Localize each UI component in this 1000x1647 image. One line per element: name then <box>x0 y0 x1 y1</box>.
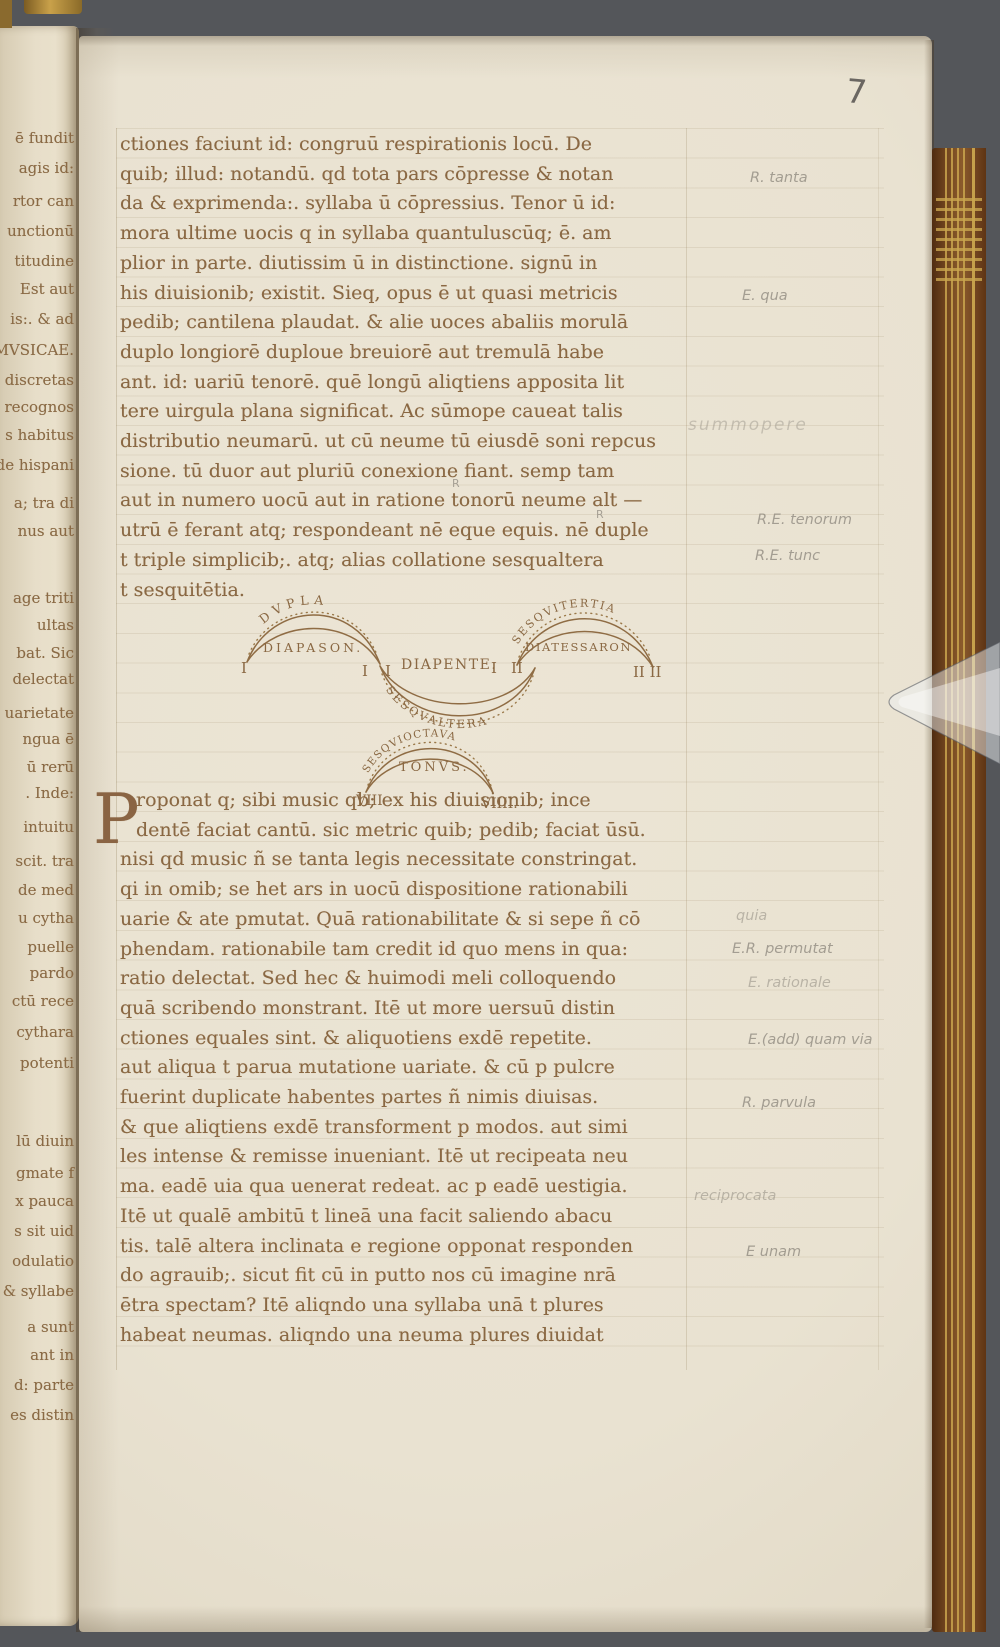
facing-fragment: de med <box>18 881 74 899</box>
facing-fragment: s sit uid <box>14 1222 74 1240</box>
text-line: quā scribendo monstrant. Itē ut more uer… <box>120 994 700 1024</box>
facing-fragment: nus aut <box>18 522 74 540</box>
interval-name-diapason: DIAPASON. <box>263 640 363 655</box>
manuscript-photo: ē fundit agis id: rtor can unctionū titu… <box>0 0 1000 1647</box>
facing-fragment: d: parte <box>14 1376 74 1394</box>
facing-fragment: pardo <box>30 964 74 982</box>
pencil-note: E unam <box>746 1244 801 1260</box>
ratio-number: I <box>385 662 391 680</box>
gilt-spine <box>0 0 12 28</box>
pencil-note: E.(add) quam via <box>748 1032 873 1048</box>
facing-fragment: uarietate <box>5 704 74 722</box>
pencil-note: R.E. tenorum <box>757 512 852 528</box>
pencil-note: R. parvula <box>742 1095 816 1111</box>
gold-fillet <box>957 148 959 1632</box>
facing-fragment: ē fundit <box>15 129 74 147</box>
facing-fragment: ū rerū <box>27 758 74 776</box>
facing-fragment: intuitu <box>23 818 74 836</box>
interval-name-diapente: DIAPENTE. <box>401 657 497 673</box>
text-line: phendam. rationabile tam credit id quo m… <box>120 935 700 965</box>
facing-fragment: potenti <box>20 1054 74 1072</box>
facing-fragment: Est aut <box>20 280 74 298</box>
ruling-vertical-left <box>116 128 117 1370</box>
ratio-number: II II <box>633 663 662 681</box>
pencil-note: E.R. permutat <box>732 941 833 957</box>
text-line: aut in numero uocū aut in ratione tonorū… <box>120 486 700 516</box>
facing-fragment: delectat <box>12 670 74 688</box>
text-line: Itē ut qualē ambitū t lineā una facit sa… <box>120 1202 700 1232</box>
facing-fragment: age triti <box>13 589 74 607</box>
facing-fragment: titudine <box>15 252 74 270</box>
text-line: da & exprimenda:. syllaba ū cōpressius. … <box>120 189 700 219</box>
text-line: les intense & remisse inueniant. Itē ut … <box>120 1142 700 1172</box>
pencil-superscript: R <box>596 508 604 521</box>
text-line: tere uirgula plana significat. Ac sūmope… <box>120 397 700 427</box>
facing-fragment: de hispani <box>0 456 74 474</box>
gold-fillet <box>945 148 947 1632</box>
pencil-superscript: R <box>452 477 460 490</box>
text-line: do agrauib;. sicut fit cū in putto nos c… <box>120 1261 700 1291</box>
text-line: fuerint duplicate habentes partes ñ nimi… <box>120 1083 700 1113</box>
text-line: ratio delectat. Sed hec & huimodi meli c… <box>120 964 700 994</box>
facing-fragment: agis id: <box>19 159 74 177</box>
facing-fragment: x pauca <box>15 1192 74 1210</box>
text-line: quib; illud: notandū. qd tota pars cōpre… <box>120 160 700 190</box>
facing-fragment: es distin <box>10 1406 74 1424</box>
arc-label-dupla: DVPLA <box>256 592 329 627</box>
facing-fragment: bat. Sic <box>16 644 74 662</box>
text-line: ētra spectam? Itē aliqndo una syllaba un… <box>120 1291 700 1321</box>
facing-fragment: unctionū <box>7 222 74 240</box>
text-line: distributio neumarū. ut cū neume tū eius… <box>120 427 700 457</box>
facing-fragment: is:. & ad <box>10 310 74 328</box>
pencil-note: E. rationale <box>748 975 831 991</box>
facing-fragment: ultas <box>37 616 74 634</box>
facing-fragment: lū diuin <box>16 1132 74 1150</box>
paragraph-2: roponat q; sibi music qb; ex his diuisio… <box>120 786 700 1350</box>
pencil-note: summopere <box>688 415 808 435</box>
facing-fragment: puelle <box>27 938 74 956</box>
text-line: pedib; cantilena plaudat. & alie uoces a… <box>120 308 700 338</box>
facing-fragment: u cytha <box>18 909 74 927</box>
text-line: tis. talē altera inclinata e regione opp… <box>120 1232 700 1262</box>
text-line: ma. eadē uia qua uenerat redeat. ac p ea… <box>120 1172 700 1202</box>
interval-diagram: DVPLA SESQVITERTIA SESQVALTERA SESQVIOCT… <box>225 555 690 810</box>
gold-fillet <box>951 148 953 1632</box>
text-line: & que aliqtiens exdē transforment p modo… <box>120 1113 700 1143</box>
text-line: uarie & ate pmutat. Quā rationabilitate … <box>120 905 700 935</box>
interval-name-tonus: TONVS. <box>399 760 470 775</box>
arc-label-sesqualtera: SESQVALTERA <box>383 683 490 731</box>
facing-fragment: ant in <box>30 1346 74 1364</box>
facing-fragment: ngua ē <box>22 730 74 748</box>
ratio-number: I <box>491 659 497 677</box>
text-line: ant. id: uariū tenorē. quē longū aliqtie… <box>120 368 700 398</box>
text-line: mora ultime uocis q in syllaba quantulus… <box>120 219 700 249</box>
ratio-number: I <box>241 659 247 677</box>
facing-fragment: a sunt <box>27 1318 74 1336</box>
text-line: qi in omib; se het ars in uocū dispositi… <box>120 875 700 905</box>
paragraph-1: ctiones faciunt id: congruū respirationi… <box>120 130 700 605</box>
gold-fillet <box>963 148 965 1632</box>
facing-fragment: ctū rece <box>12 992 74 1010</box>
ratio-number: I <box>362 662 368 680</box>
text-line: habeat neumas. aliqndo una neuma plures … <box>120 1321 700 1351</box>
facing-fragment: scit. tra <box>15 852 74 870</box>
folio-number: 7 <box>844 71 868 112</box>
facing-page-edge: ē fundit agis id: rtor can unctionū titu… <box>0 26 79 1626</box>
gold-fillet <box>972 148 975 1632</box>
facing-fragment: cythara <box>16 1023 74 1041</box>
page-holder-clip <box>878 638 1000 768</box>
leather-cover <box>932 148 986 1632</box>
text-line: dentē faciat cantū. sic metric quib; ped… <box>120 816 700 846</box>
facing-fragment: s habitus <box>5 426 74 444</box>
text-line: aut aliqua t parua mutatione uariate. & … <box>120 1053 700 1083</box>
text-line: nisi qd music ñ se tanta legis necessita… <box>120 845 700 875</box>
text-line: sione. tū duor aut pluriū conexione fian… <box>120 457 700 487</box>
pencil-note: E. qua <box>742 288 788 304</box>
text-line: ctiones equales sint. & aliquotiens exdē… <box>120 1024 700 1054</box>
pencil-note: reciprocata <box>694 1188 776 1204</box>
facing-fragment: gmate f <box>16 1164 74 1182</box>
pencil-note: R. tanta <box>750 170 808 186</box>
interval-name-diatessaron: DIATESSARON <box>525 640 632 654</box>
facing-fragment: a; tra di <box>14 494 74 512</box>
text-line: duplo longiorē duploue breuiorē aut trem… <box>120 338 700 368</box>
gold-corner-tooling <box>936 198 982 284</box>
facing-fragment: . Inde: <box>25 784 74 802</box>
text-line: utrū ē ferant atq; respondeant nē eque e… <box>120 516 700 546</box>
text-line: ctiones faciunt id: congruū respirationi… <box>120 130 700 160</box>
facing-fragment: recognos <box>5 398 74 416</box>
gilt-edge <box>24 0 82 14</box>
facing-fragment: MVSICAE. <box>0 341 74 359</box>
facing-fragment: & syllabe <box>3 1282 74 1300</box>
pencil-note: R.E. tunc <box>755 548 820 564</box>
facing-fragment: odulatio <box>12 1252 74 1270</box>
facing-fragment: & discretas <box>0 371 74 389</box>
text-line: his diuisionib; existit. Sieq, opus ē ut… <box>120 279 700 309</box>
facing-fragment: rtor can <box>13 192 74 210</box>
ratio-number: II <box>511 659 523 677</box>
pencil-note: quia <box>736 908 767 924</box>
text-line: plior in parte. diutissim ū in distincti… <box>120 249 700 279</box>
text-line: roponat q; sibi music qb; ex his diuisio… <box>120 786 700 816</box>
